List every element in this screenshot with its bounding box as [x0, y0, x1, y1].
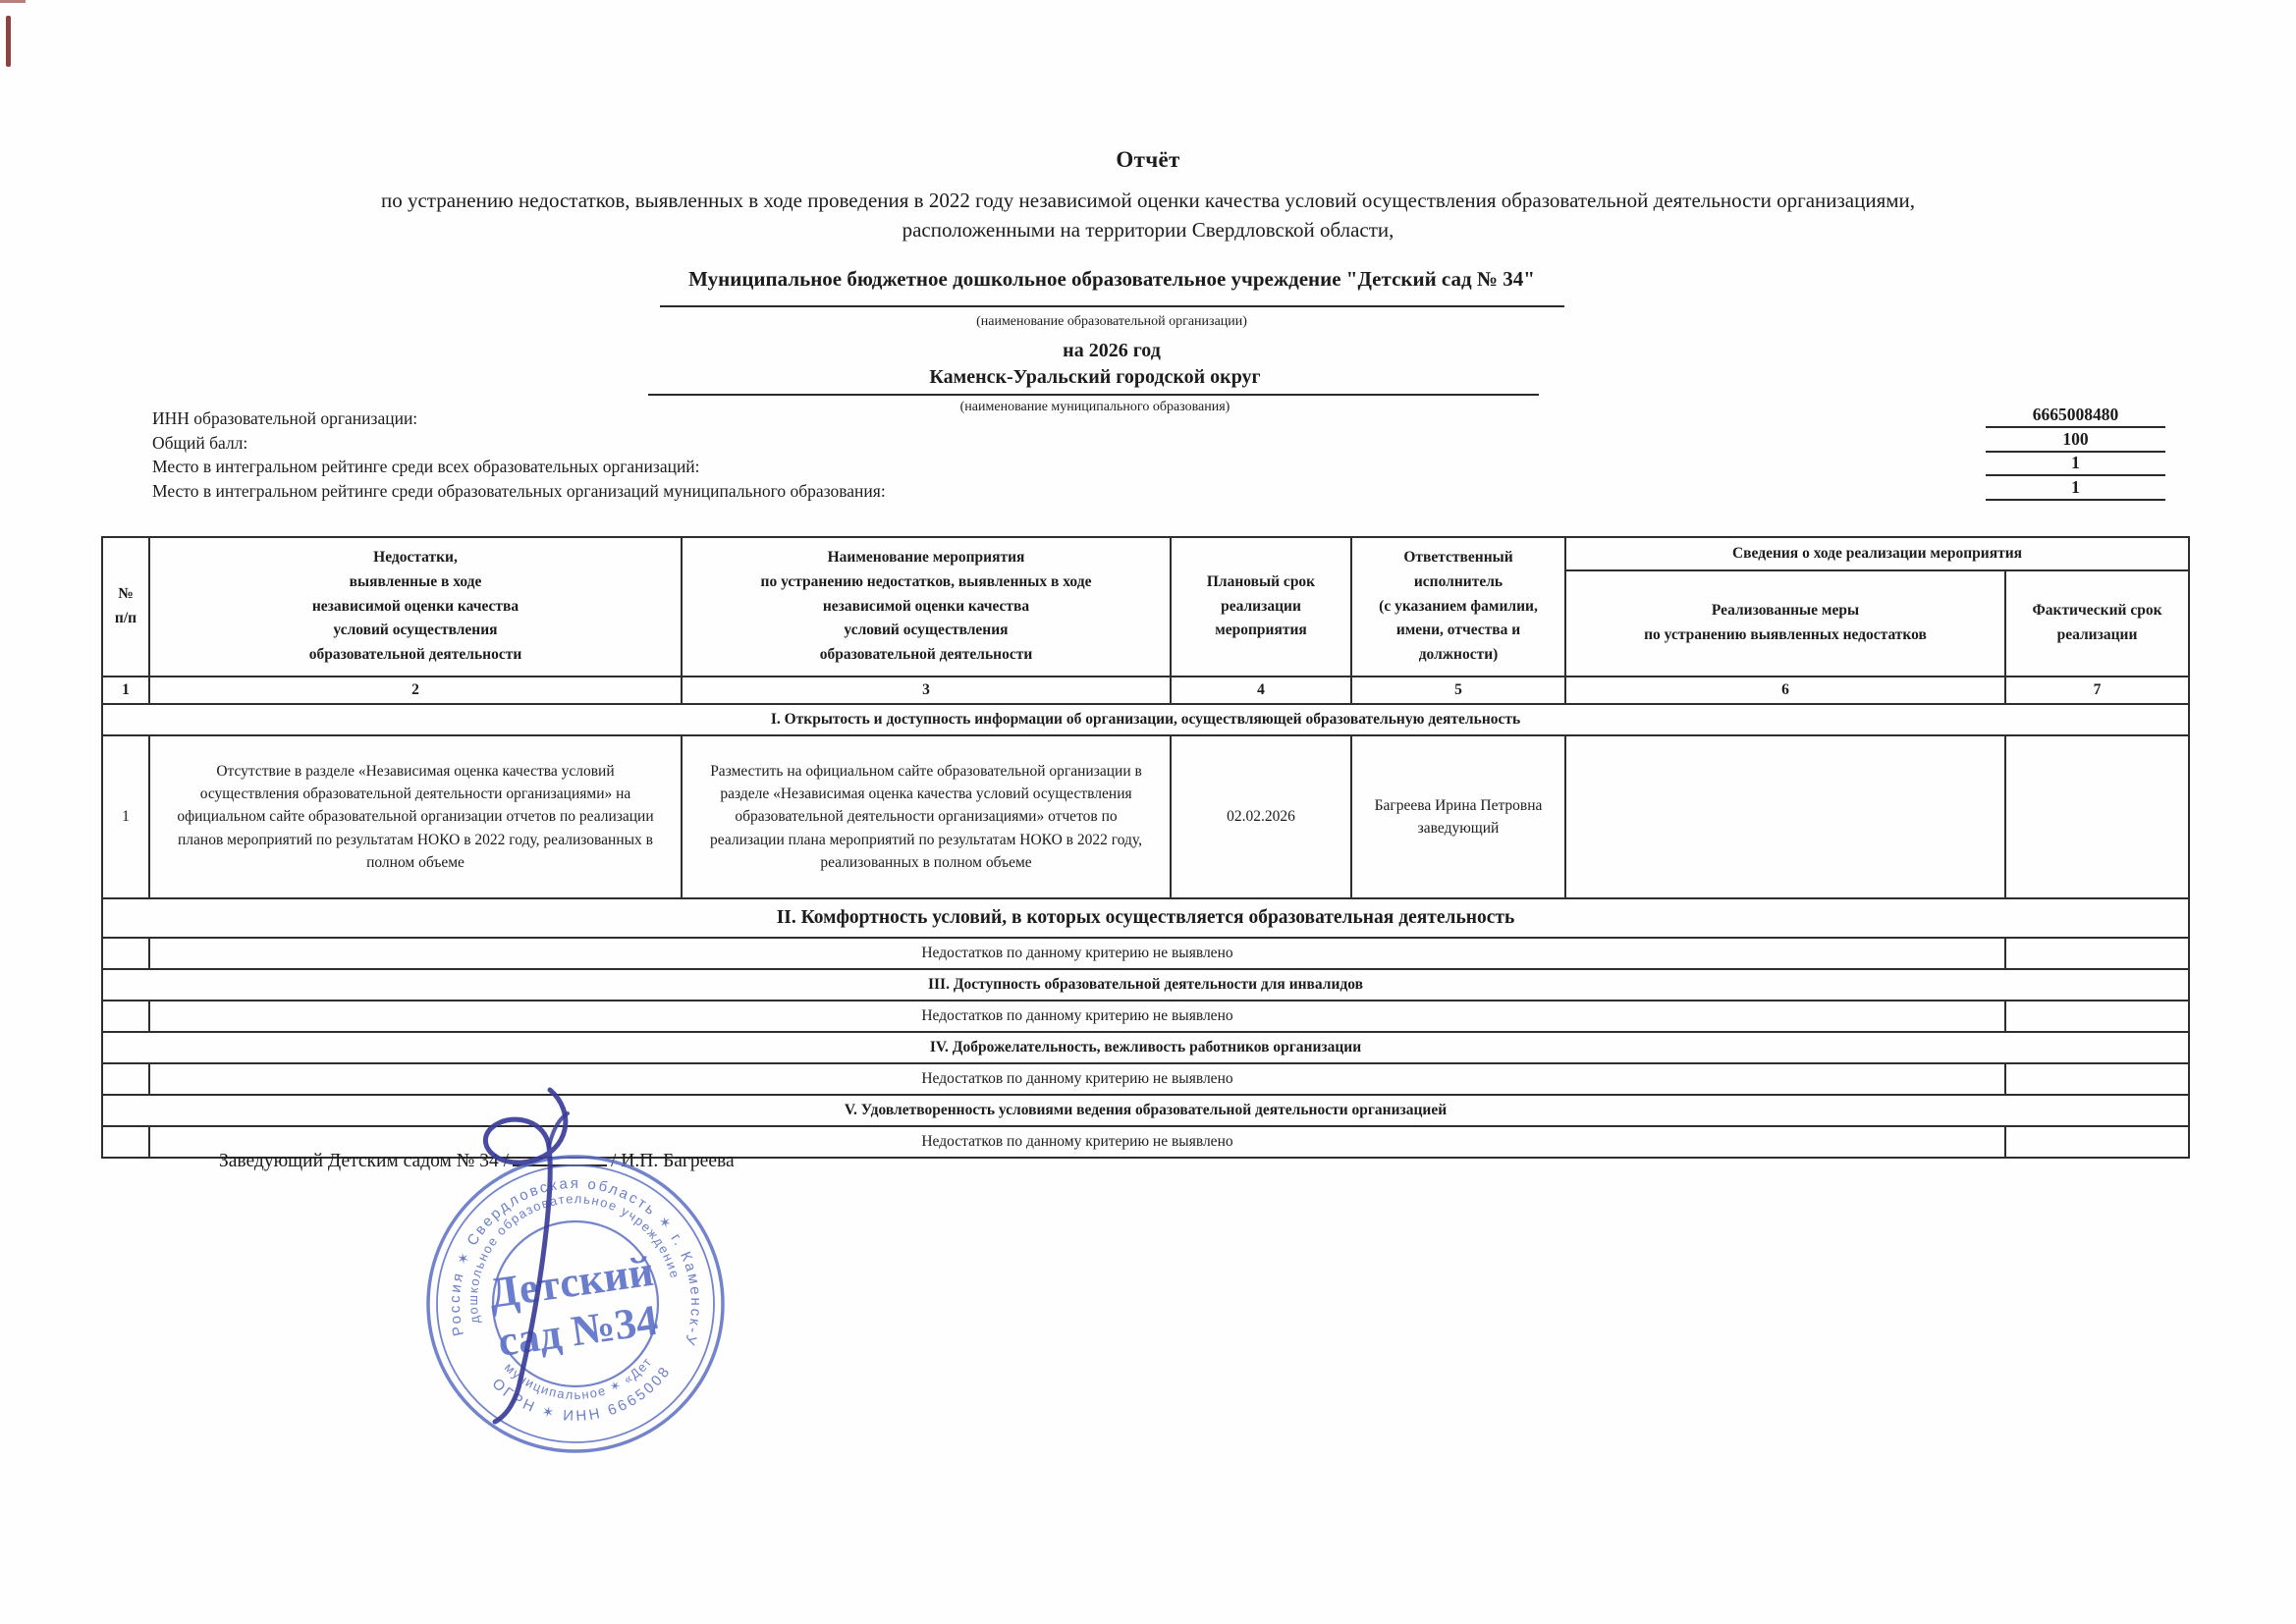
info-label-rating-municipal: Место в интегральном рейтинге среди обра… — [152, 479, 886, 504]
info-value-inn: 6665008480 — [1986, 405, 2165, 428]
page-title: Отчёт — [0, 147, 2296, 173]
cell-measure: Разместить на официальном сайте образова… — [682, 735, 1171, 898]
cell-no-deficiency: Недостатков по данному критерию не выявл… — [149, 1001, 2005, 1032]
cell-planned-date: 02.02.2026 — [1171, 735, 1351, 898]
col-header-planned-term: Плановый срок реализации мероприятия — [1171, 537, 1351, 677]
info-label-inn: ИНН образовательной организации: — [152, 406, 886, 431]
cell-empty — [2005, 938, 2189, 969]
col-number: 5 — [1351, 677, 1565, 704]
cell-empty — [2005, 1001, 2189, 1032]
municipality-name: Каменск-Уральский городской округ — [0, 366, 2190, 389]
col-header-deficiencies: Недостатки, выявленные в ходе независимо… — [149, 537, 682, 677]
col-header-num: № п/п — [102, 537, 149, 677]
col-number: 2 — [149, 677, 682, 704]
col-number: 3 — [682, 677, 1171, 704]
col-number: 6 — [1565, 677, 2005, 704]
cell-empty — [102, 1126, 149, 1158]
table-row: Недостатков по данному критерию не выявл… — [102, 938, 2189, 969]
cell-empty — [102, 1001, 149, 1032]
table-row: Недостатков по данному критерию не выявл… — [102, 1001, 2189, 1032]
organization-underline — [660, 305, 1564, 307]
table-row: 1 Отсутствие в разделе «Независимая оцен… — [102, 735, 2189, 898]
report-table: № п/п Недостатки, выявленные в ходе неза… — [101, 536, 2190, 1159]
section-row-5: V. Удовлетворенность условиями ведения о… — [102, 1095, 2189, 1126]
organization-caption: (наименование образовательной организаци… — [0, 314, 2223, 330]
info-value-score: 100 — [1986, 429, 2165, 453]
subtitle-line-1: по устранению недостатков, выявленных в … — [0, 189, 2296, 213]
section-row-1: I. Открытость и доступность информации о… — [102, 704, 2189, 735]
info-block: ИНН образовательной организации: Общий б… — [152, 406, 886, 503]
cell-empty — [102, 938, 149, 969]
stamp-icon: Россия ✶ Свердловская область ✶ г. Камен… — [401, 1137, 754, 1490]
col-number: 7 — [2005, 677, 2189, 704]
col-header-realized-measures: Реализованные меры по устранению выявлен… — [1565, 570, 2005, 677]
section-row-2: II. Комфортность условий, в которых осущ… — [102, 898, 2189, 938]
cell-empty — [2005, 1063, 2189, 1095]
col-header-responsible: Ответственный исполнитель (с указанием ф… — [1351, 537, 1565, 677]
col-number: 4 — [1171, 677, 1351, 704]
scan-artifact — [0, 0, 26, 3]
cell-actual-date — [2005, 735, 2189, 898]
cell-no-deficiency: Недостатков по данному критерию не выявл… — [149, 1063, 2005, 1095]
col-header-actual-term: Фактический срок реализации — [2005, 570, 2189, 677]
municipality-underline — [648, 394, 1539, 396]
cell-responsible: Багреева Ирина Петровна заведующий — [1351, 735, 1565, 898]
info-label-rating-all: Место в интегральном рейтинге среди всех… — [152, 455, 886, 479]
info-value-rating-all: 1 — [1986, 453, 2165, 476]
report-year: на 2026 год — [0, 340, 2223, 362]
scan-artifact — [6, 16, 11, 67]
cell-no-deficiency: Недостатков по данному критерию не выявл… — [149, 938, 2005, 969]
section-row-3: III. Доступность образовательной деятель… — [102, 969, 2189, 1001]
col-header-measure: Наименование мероприятия по устранению н… — [682, 537, 1171, 677]
table-row: Недостатков по данному критерию не выявл… — [102, 1063, 2189, 1095]
cell-realized-measures — [1565, 735, 2005, 898]
organization-name: Муниципальное бюджетное дошкольное образ… — [0, 267, 2223, 292]
info-label-score: Общий балл: — [152, 431, 886, 456]
cell-empty — [2005, 1126, 2189, 1158]
document-page: Отчёт по устранению недостатков, выявлен… — [0, 0, 2296, 1624]
section-row-4: IV. Доброжелательность, вежливость работ… — [102, 1032, 2189, 1063]
cell-empty — [102, 1063, 149, 1095]
cell-row-number: 1 — [102, 735, 149, 898]
subtitle-line-2: расположенными на территории Свердловско… — [0, 218, 2296, 243]
cell-deficiency: Отсутствие в разделе «Независимая оценка… — [149, 735, 682, 898]
col-header-progress-group: Сведения о ходе реализации мероприятия — [1565, 537, 2189, 570]
info-value-rating-municipal: 1 — [1986, 477, 2165, 501]
col-number: 1 — [102, 677, 149, 704]
